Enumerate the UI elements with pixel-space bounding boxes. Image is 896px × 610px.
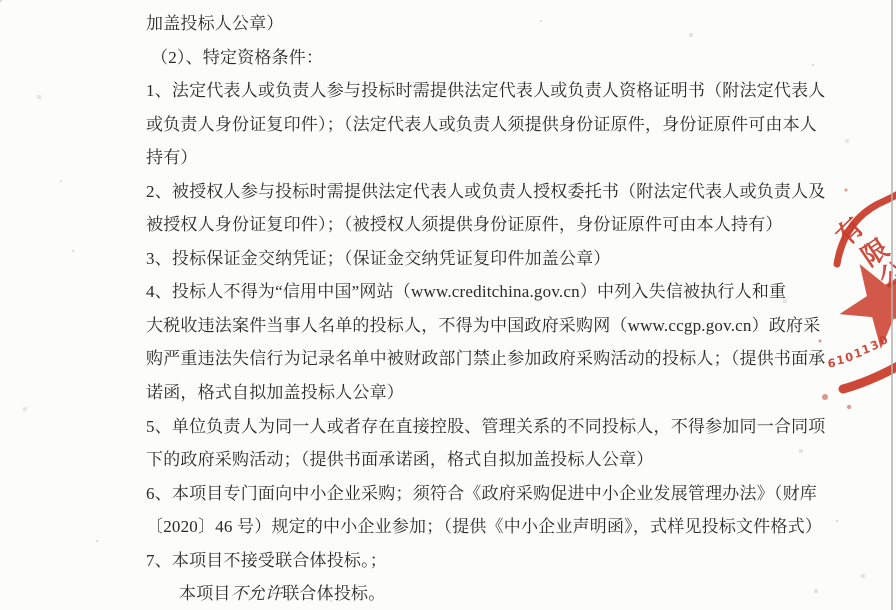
final-line-suffix: 联合体投标。	[282, 584, 385, 603]
seal-star-icon	[823, 241, 896, 358]
text-line: 4、投标人不得为“信用中国”网站（www.creditchina.gov.cn）…	[146, 275, 826, 309]
seal-digit: 1	[860, 341, 872, 357]
seal-rim-bottom-arc	[843, 365, 896, 389]
final-line-prefix: 本项目	[179, 584, 231, 603]
seal-digit: 0	[844, 349, 855, 364]
seal-digit: 3	[868, 337, 881, 353]
scan-noise	[0, 0, 2, 2]
text-line: 或负责人身份证复印件）；（法定代表人或负责人须提供身份证原件，身份证原件可由本人	[146, 108, 826, 142]
text-line: 7、本项目不接受联合体投标。；	[146, 544, 826, 578]
text-line: 加盖投标人公章）	[146, 7, 826, 41]
text-line: 购严重违法失信行为记录名单中被财政部门禁止参加政府采购活动的投标人；（提供书面承	[146, 342, 826, 376]
text-line: 5、单位负责人为同一人或者存在直接控股、管理关系的不同投标人，不得参加同一合同项	[146, 410, 826, 444]
text-line: 诺函，格式自拟加盖投标人公章）	[146, 376, 826, 410]
document-text-block: 加盖投标人公章） （2）、特定资格条件： 1、法定代表人或负责人参与投标时需提供…	[146, 7, 826, 610]
text-line-final: 本项目不允许联合体投标。	[146, 577, 826, 610]
text-line: （2）、特定资格条件：	[146, 41, 826, 75]
seal-char: 有	[831, 212, 870, 251]
text-line: 持有）	[146, 141, 826, 175]
text-line: 2、被授权人参与投标时需提供法定代表人或负责人授权委托书（附法定代表人或负责人及	[146, 175, 826, 209]
text-line: 被授权人身份证复印件）；（被授权人须提供身份证原件，身份证原件可由本人持有）	[146, 208, 826, 242]
text-line: 大税收违法案件当事人名单的投标人，不得为中国政府采购网（www.ccgp.gov…	[146, 309, 826, 343]
seal-company-text: 有 限 公	[831, 212, 896, 293]
final-line-emphasis: 不允许	[231, 584, 283, 603]
text-line: 1、法定代表人或负责人参与投标时需提供法定代表人或负责人资格证明书（附法定代表人	[146, 74, 826, 108]
seal-serial-number: 6 1 0 1 1 3 0	[827, 332, 890, 370]
seal-char: 限	[856, 234, 894, 273]
text-line: 6、本项目专门面向中小企业采购；须符合《政府采购促进中小企业发展管理办法》（财库	[146, 477, 826, 511]
seal-digit: 1	[835, 353, 845, 368]
text-line: 〔2020〕46 号）规定的中小企业参加；（提供《中小企业声明函》，式样见投标文…	[146, 510, 826, 544]
seal-digit: 0	[877, 332, 890, 348]
seal-digit: 6	[827, 356, 836, 371]
scan-edge-line	[891, 0, 893, 610]
text-line: 3、投标保证金交纳凭证；（保证金交纳凭证复印件加盖公章）	[146, 242, 826, 276]
seal-digit: 1	[852, 345, 863, 361]
text-line: 下的政府采购活动；（提供书面承诺函，格式自拟加盖投标人公章）	[146, 443, 826, 477]
scanned-document-page: 加盖投标人公章） （2）、特定资格条件： 1、法定代表人或负责人参与投标时需提供…	[0, 0, 896, 610]
seal-rim-top-arc	[837, 193, 896, 264]
